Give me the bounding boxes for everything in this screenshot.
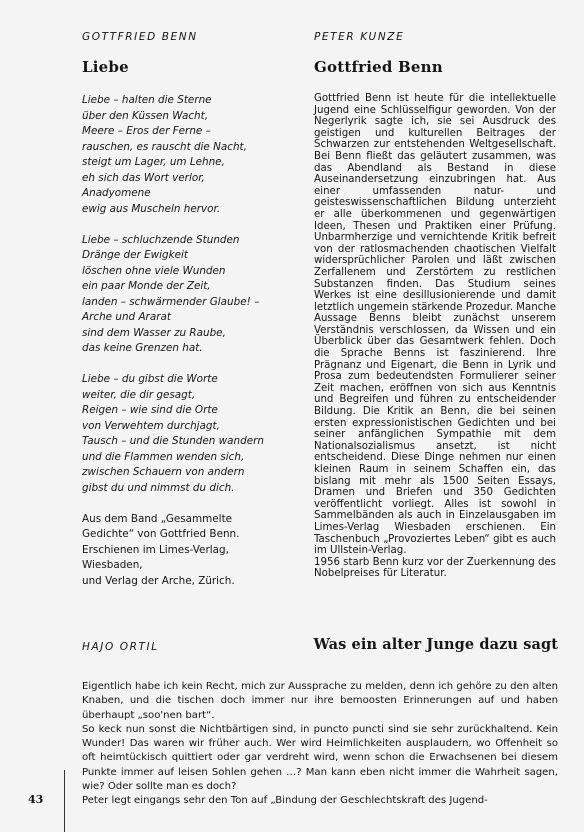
poem-line: das keine Grenzen hat. bbox=[82, 341, 282, 357]
source-line: und Verlag der Arche, Zürich. bbox=[82, 574, 282, 590]
poem-line: landen – schwärmender Glaube! – bbox=[82, 295, 282, 311]
poem-line: eh sich das Wort verlor, bbox=[82, 171, 282, 187]
poem-line: Liebe – schluchzende Stunden bbox=[82, 233, 282, 249]
poem-line: zwischen Schauern von andern bbox=[82, 465, 282, 481]
essay-body: Gottfried Benn ist heute für die intelle… bbox=[314, 93, 556, 580]
poem-line: ein paar Monde der Zeit, bbox=[82, 279, 282, 295]
poem-line: Meere – Eros der Ferne – bbox=[82, 124, 282, 140]
poem-stanza: Liebe – halten die Sterne über den Küsse… bbox=[82, 93, 282, 217]
page-number: 43 bbox=[28, 793, 43, 806]
source-line: Wiesbaden, bbox=[82, 558, 282, 574]
poem-line: Tausch – und die Stunden wandern bbox=[82, 434, 282, 450]
poem-line: Liebe – halten die Sterne bbox=[82, 93, 282, 109]
poem-line: rauschen, es rauscht die Nacht, bbox=[82, 140, 282, 156]
article-paragraph: So keck nun sonst die Nichtbärtigen sind… bbox=[82, 723, 558, 794]
essay-column: PETER KUNZE Gottfried Benn Gottfried Ben… bbox=[314, 30, 556, 580]
poem-line: Reigen – wie sind die Orte bbox=[82, 403, 282, 419]
bottom-article-body: Eigentlich habe ich kein Recht, mich zur… bbox=[82, 680, 558, 809]
essay-paragraph: 1956 starb Benn kurz vor der Zuerkennung… bbox=[314, 557, 556, 580]
source-line: Aus dem Band „Gesammelte bbox=[82, 512, 282, 528]
poem-line: und die Flammen wenden sich, bbox=[82, 450, 282, 466]
poem-line: Arche und Ararat bbox=[82, 310, 282, 326]
bottom-article-author: HAJO ORTIL bbox=[82, 640, 159, 654]
poem-body: Liebe – halten die Sterne über den Küsse… bbox=[82, 93, 282, 496]
poem-author: GOTTFRIED BENN bbox=[82, 30, 282, 44]
poem-line: Anadyomene bbox=[82, 186, 282, 202]
poem-line: weiter, die dir gesagt, bbox=[82, 388, 282, 404]
poem-line: gibst du und nimmst du dich. bbox=[82, 481, 282, 497]
bottom-article-header: HAJO ORTIL Was ein alter Junge dazu sagt bbox=[82, 636, 558, 656]
article-paragraph: Peter legt eingangs sehr den Ton auf „Bi… bbox=[82, 794, 558, 808]
poem-stanza: Liebe – du gibst die Worte weiter, die d… bbox=[82, 372, 282, 496]
poem-line: Dränge der Ewigkeit bbox=[82, 248, 282, 264]
bottom-article-title: Was ein alter Junge dazu sagt bbox=[314, 636, 558, 654]
poem-stanza: Liebe – schluchzende Stunden Dränge der … bbox=[82, 233, 282, 357]
poem-line: löschen ohne viele Wunden bbox=[82, 264, 282, 280]
poem-title: Liebe bbox=[82, 58, 282, 76]
essay-title: Gottfried Benn bbox=[314, 58, 556, 76]
poem-column: GOTTFRIED BENN Liebe Liebe – halten die … bbox=[82, 30, 282, 589]
margin-rule bbox=[64, 770, 65, 832]
poem-source-note: Aus dem Band „Gesammelte Gedichte“ von G… bbox=[82, 512, 282, 590]
essay-author: PETER KUNZE bbox=[314, 30, 556, 44]
poem-line: über den Küssen Wacht, bbox=[82, 109, 282, 125]
source-line: Erschienen im Limes-Verlag, bbox=[82, 543, 282, 559]
poem-line: steigt um Lager, um Lehne, bbox=[82, 155, 282, 171]
essay-paragraph: Gottfried Benn ist heute für die intelle… bbox=[314, 93, 556, 557]
poem-line: sind dem Wasser zu Raube, bbox=[82, 326, 282, 342]
poem-line: ewig aus Muscheln hervor. bbox=[82, 202, 282, 218]
article-paragraph: Eigentlich habe ich kein Recht, mich zur… bbox=[82, 680, 558, 723]
poem-line: von Verwehtem durchjagt, bbox=[82, 419, 282, 435]
poem-line: Liebe – du gibst die Worte bbox=[82, 372, 282, 388]
source-line: Gedichte“ von Gottfried Benn. bbox=[82, 527, 282, 543]
